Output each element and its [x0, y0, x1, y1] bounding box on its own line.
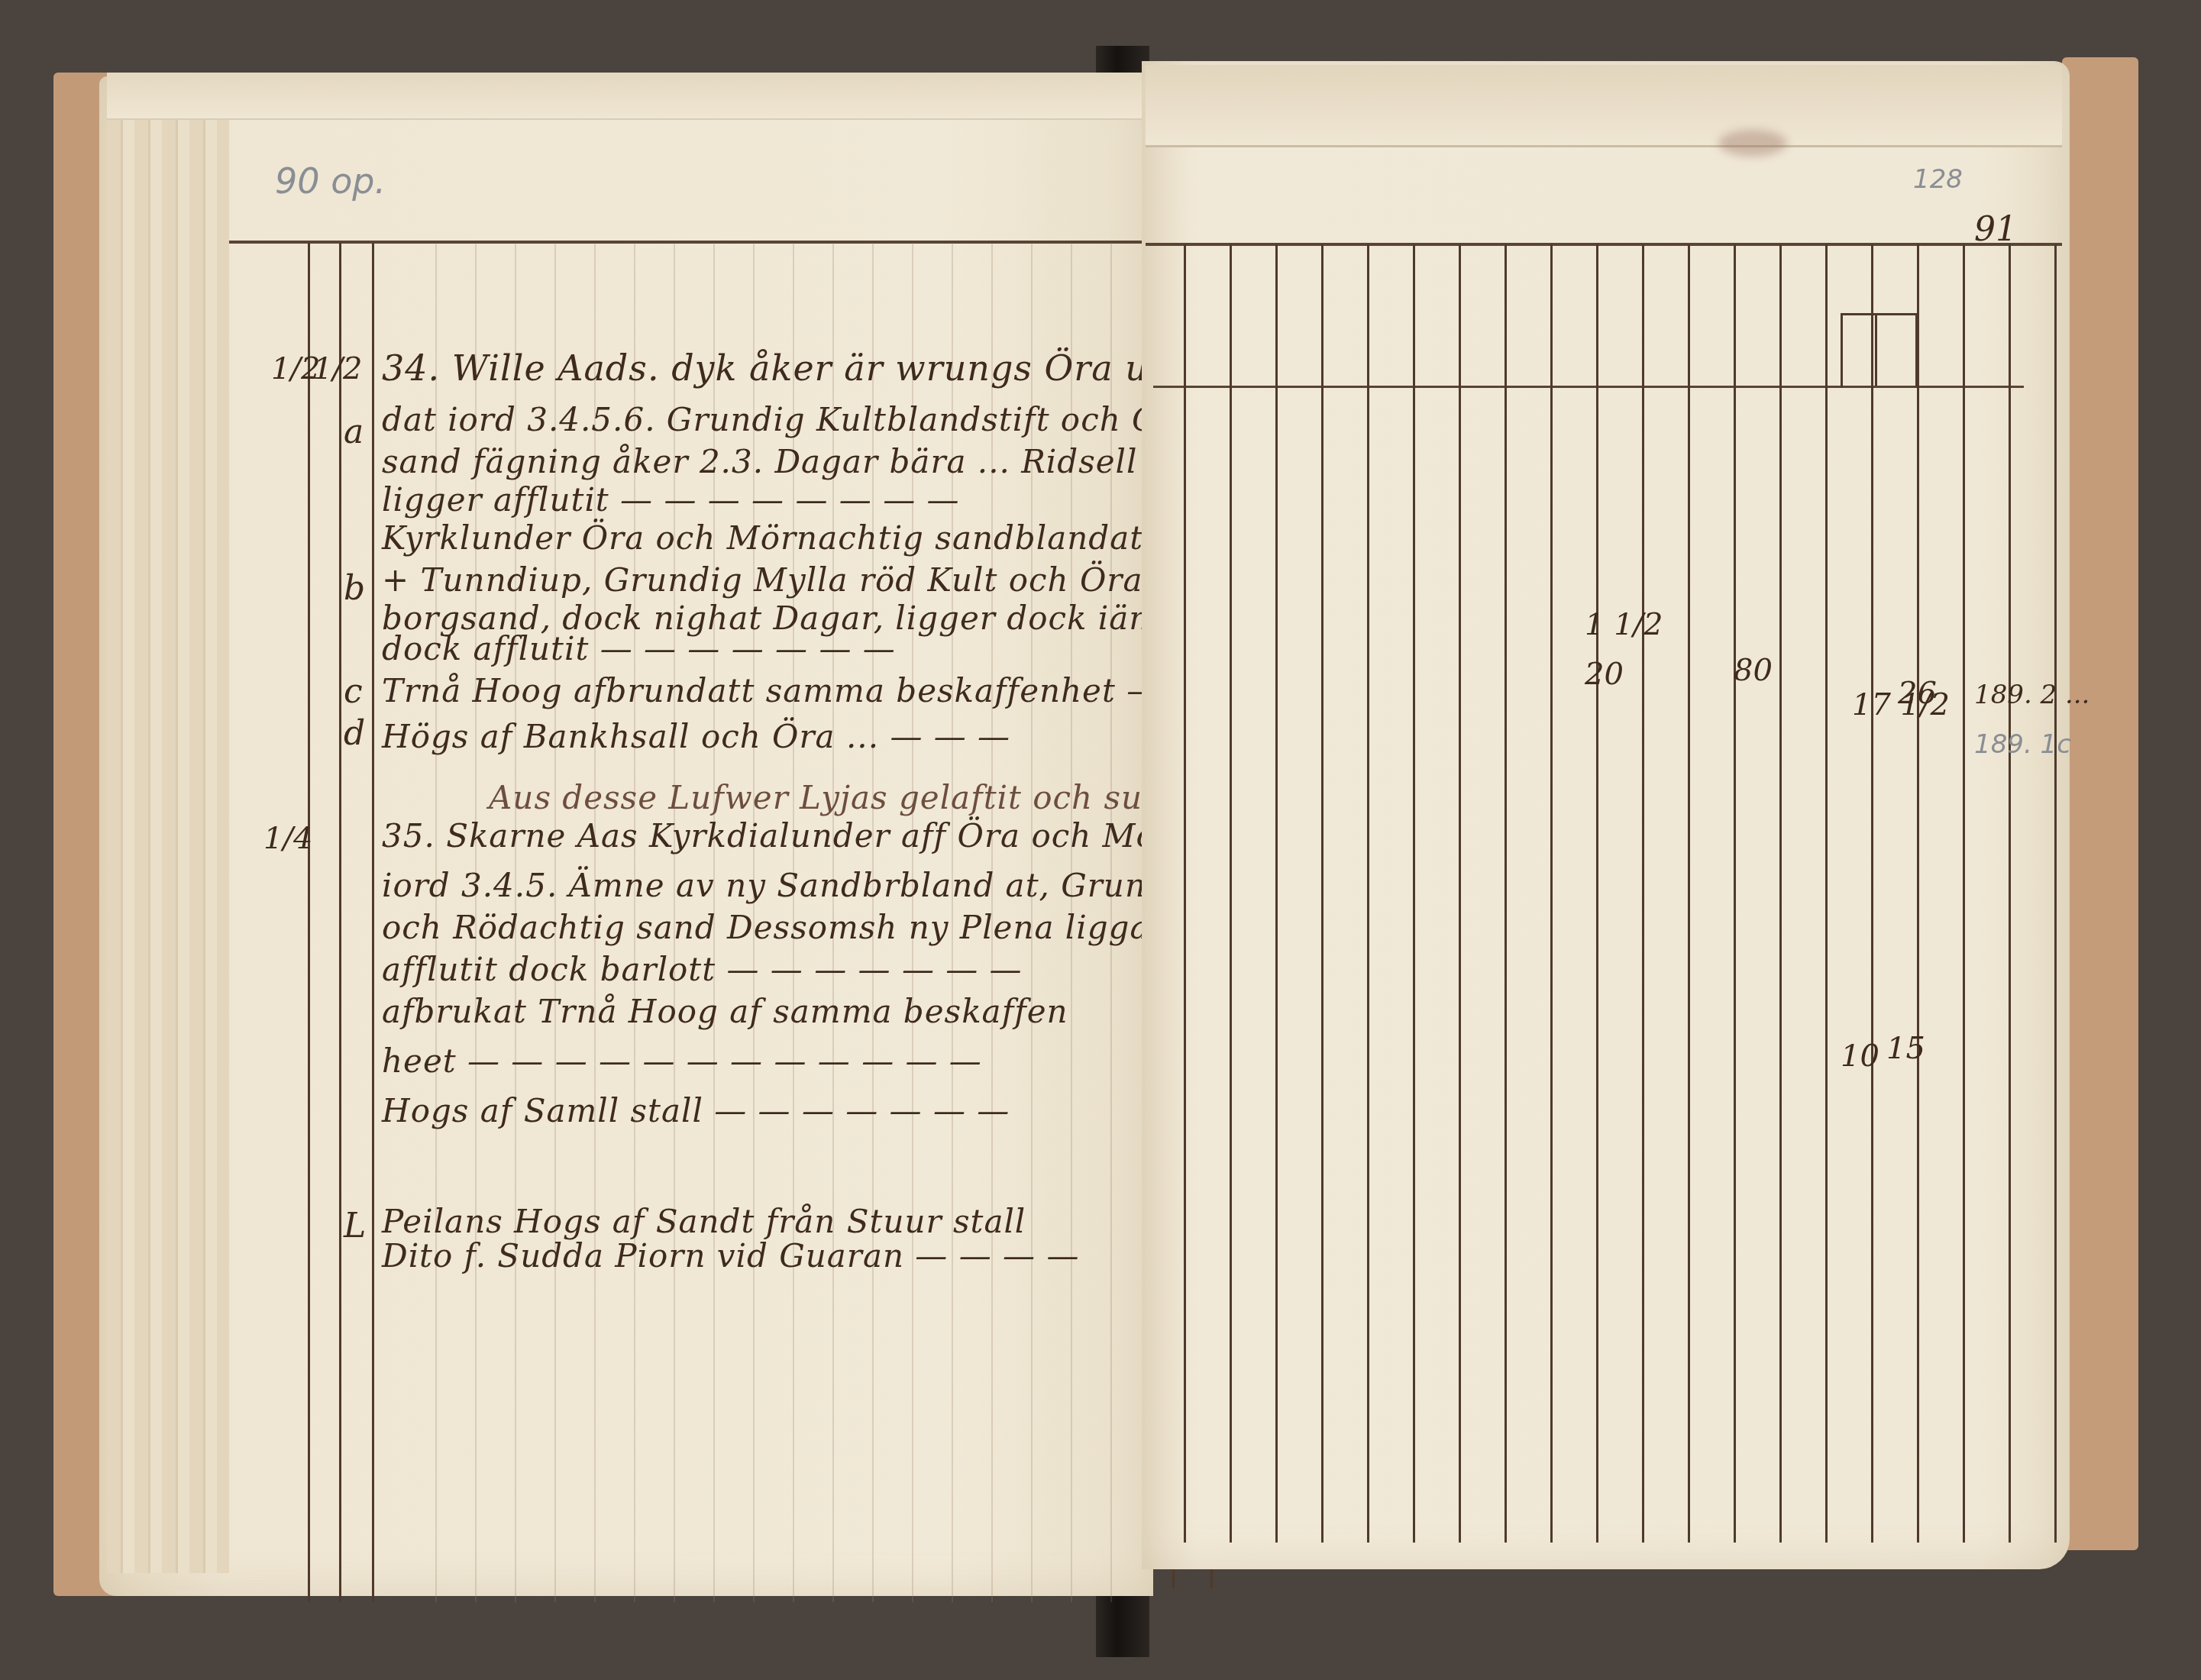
side-note: 189. 2 ...	[1974, 680, 2089, 710]
sub-item-letter: b	[344, 569, 365, 608]
entry-35-line: afflutit dock barlott — — — — — — —	[382, 951, 1023, 988]
sub-item-letter: d	[344, 714, 365, 753]
entry-34b-line: dock afflutit — — — — — — —	[382, 630, 896, 667]
left-page-top-edge	[107, 73, 1153, 120]
figure-value: 20	[1585, 657, 1624, 692]
entry-35-annotation: Aus desse Lufwer Lyjas gelaftit och sugn…	[489, 779, 1219, 816]
pencil-folio-left: 90 op.	[275, 160, 386, 202]
margin-fraction: 1/2	[313, 351, 362, 386]
water-stain	[1718, 130, 1787, 157]
margin-column-line	[308, 243, 310, 1602]
margin-fraction: 1/4	[263, 821, 312, 856]
ruled-columns-right	[1184, 244, 2062, 1543]
entry-35-line: Hogs af Samll stall — — — — — — —	[382, 1092, 1010, 1129]
entry-34d-line: Högs af Bankhsall och Öra ... — — —	[382, 718, 1010, 755]
sub-item-letter: L	[344, 1207, 366, 1245]
entry-34-line: ligger afflutit — — — — — — — —	[382, 481, 960, 519]
entry-35-line: afbrukat Trnå Hoog af samma beskaffen	[382, 993, 1068, 1030]
entry-35-line: heet — — — — — — — — — — — —	[382, 1042, 982, 1080]
entry-34c-line: Trnå Hoog afbrundatt samma beskaffenhet …	[382, 672, 1204, 709]
side-note-pencil: 189. 1c	[1974, 729, 2071, 760]
page-stack-edge	[107, 84, 229, 1573]
book-cover-right	[2062, 57, 2138, 1550]
entry-35-line: iord 3.4.5. Ämne av ny Sandbrbland at, G…	[382, 867, 1256, 904]
figure-value: 26	[1898, 676, 1937, 711]
pencil-folio-right: 128	[1913, 164, 1963, 195]
sub-item-letter: c	[344, 672, 363, 711]
entry-L-line: Peilans Hogs af Sandt från Stuur stall	[382, 1203, 1026, 1240]
sub-item-letter: a	[344, 412, 364, 451]
figure-value: 80	[1734, 653, 1773, 688]
figure-value: 1 1/2	[1585, 607, 1663, 642]
margin-column-line	[339, 243, 341, 1602]
figure-value: 10	[1841, 1039, 1879, 1074]
margin-column-line	[372, 243, 374, 1602]
entry-L-line: Dito f. Sudda Piorn vid Guaran — — — —	[382, 1237, 1079, 1275]
entry-34b-line: + Tunndiup, Grundig Mylla röd Kult och Ö…	[382, 561, 1262, 599]
figure-value: 15	[1886, 1031, 1925, 1066]
right-page-top-edge	[1146, 65, 2062, 147]
entry-34-line: sand fägning åker 2.3. Dagar bära ... Ri…	[382, 443, 1137, 480]
